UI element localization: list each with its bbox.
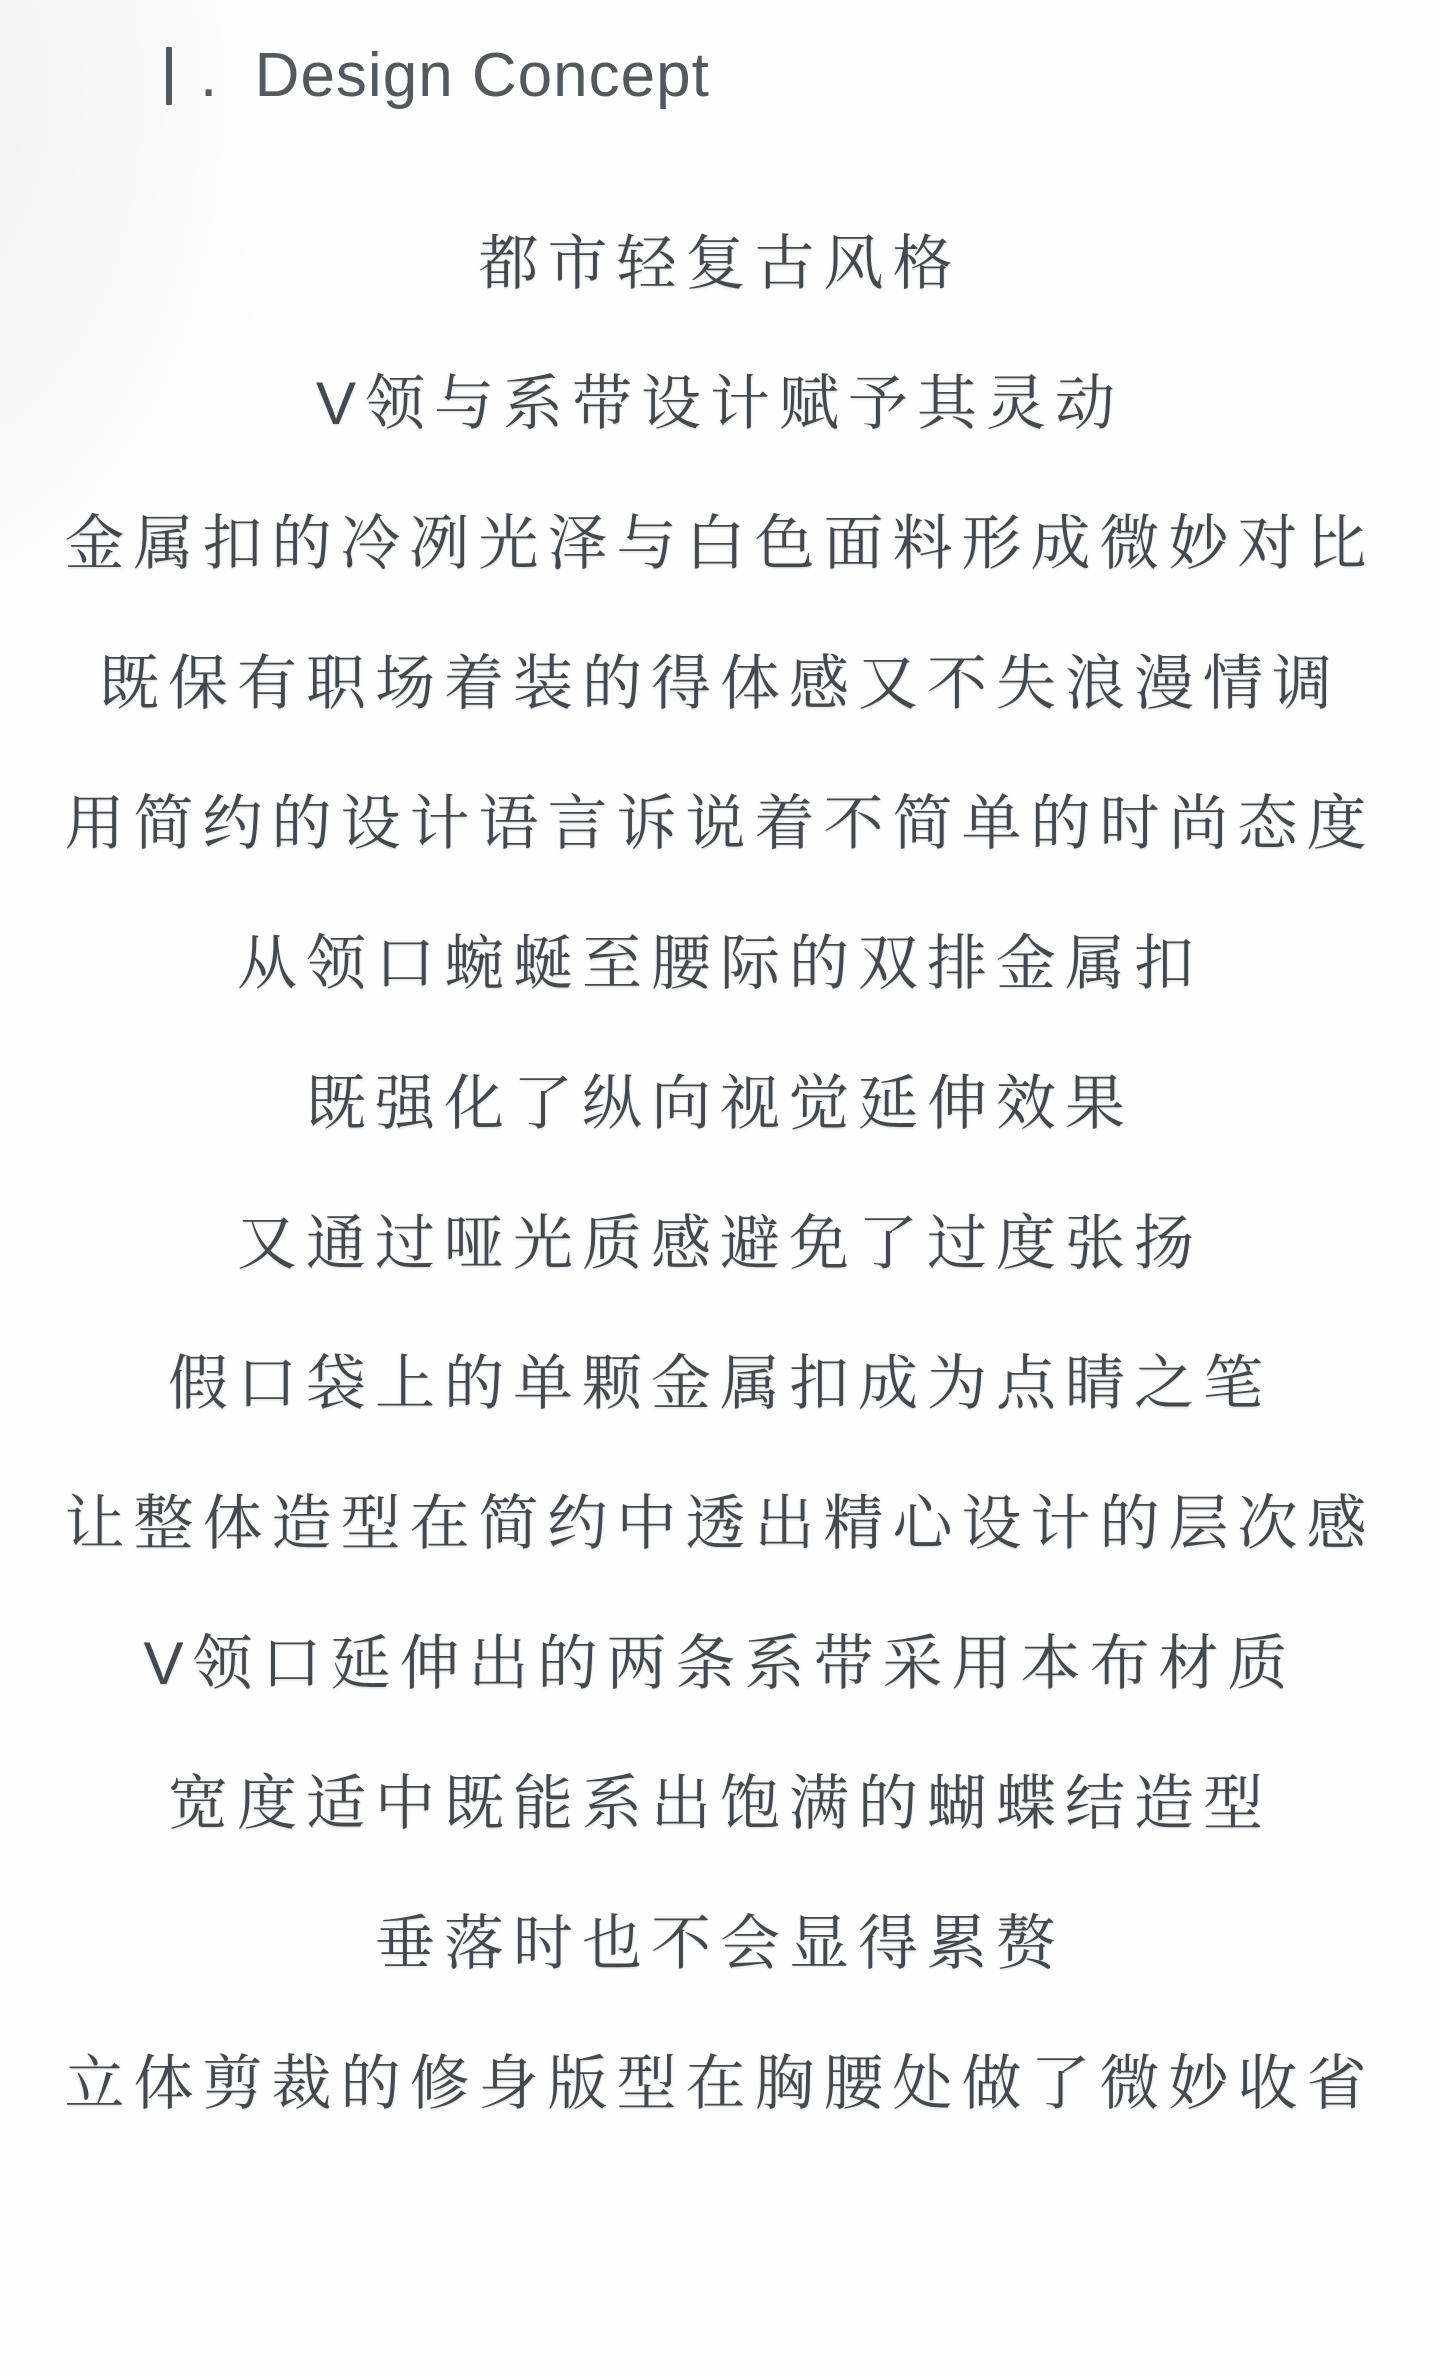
design-concept-line: 让整体造型在简约中透出精心设计的层次感 bbox=[0, 1454, 1440, 1594]
design-concept-line: V领口延伸出的两条系带采用本布材质 bbox=[0, 1594, 1440, 1734]
design-concept-line: 都市轻复古风格 bbox=[0, 194, 1440, 334]
design-concept-text-block: 都市轻复古风格 V领与系带设计赋予其灵动 金属扣的冷冽光泽与白色面料形成微妙对比… bbox=[0, 194, 1440, 2154]
section-title: . Design Concept bbox=[200, 46, 710, 106]
design-concept-line: 用简约的设计语言诉说着不简单的时尚态度 bbox=[0, 754, 1440, 894]
vertical-divider-icon bbox=[166, 47, 172, 105]
design-concept-line: V领与系带设计赋予其灵动 bbox=[0, 334, 1440, 474]
design-concept-line: 又通过哑光质感避免了过度张扬 bbox=[0, 1174, 1440, 1314]
section-header: . Design Concept bbox=[166, 46, 710, 106]
design-concept-line: 既保有职场着装的得体感又不失浪漫情调 bbox=[0, 614, 1440, 754]
design-concept-line: 立体剪裁的修身版型在胸腰处做了微妙收省 bbox=[0, 2014, 1440, 2154]
design-concept-line: 金属扣的冷冽光泽与白色面料形成微妙对比 bbox=[0, 474, 1440, 614]
design-concept-line: 既强化了纵向视觉延伸效果 bbox=[0, 1034, 1440, 1174]
design-concept-line: 宽度适中既能系出饱满的蝴蝶结造型 bbox=[0, 1734, 1440, 1874]
design-concept-line: 垂落时也不会显得累赘 bbox=[0, 1874, 1440, 2014]
design-concept-line: 从领口蜿蜒至腰际的双排金属扣 bbox=[0, 894, 1440, 1034]
design-concept-line: 假口袋上的单颗金属扣成为点睛之笔 bbox=[0, 1314, 1440, 1454]
